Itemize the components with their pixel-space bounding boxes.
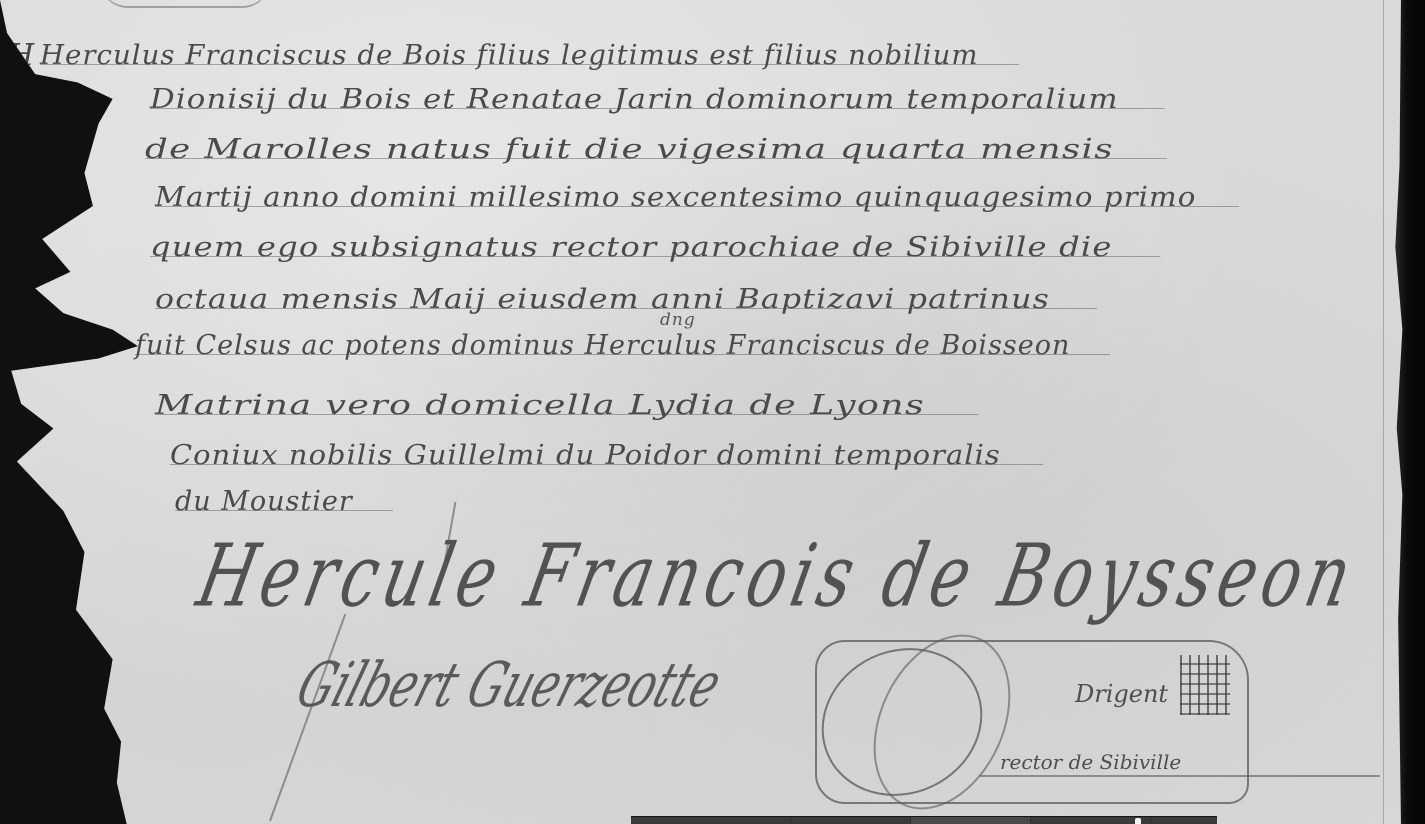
toolbar-segment[interactable] (1151, 817, 1217, 824)
signature-rector-name: Drigent (1075, 680, 1168, 708)
margin-mark: H (8, 38, 35, 73)
text-line-4: Martij anno domini millesimo sexcentesim… (155, 182, 1196, 213)
image-viewer: H Herculus Franciscus de Bois filius leg… (0, 0, 1425, 824)
stamp-arc (100, 0, 270, 8)
text-line-2: Dionisij du Bois et Renatae Jarin domino… (150, 84, 1119, 115)
text-line-9: Coniux nobilis Guillelmi du Poidor domin… (170, 440, 1001, 471)
toolbar-segment[interactable] (631, 817, 791, 824)
superscript-note: dng (660, 310, 696, 330)
manuscript-page: H Herculus Franciscus de Bois filius leg… (0, 0, 1408, 824)
text-line-1: Herculus Franciscus de Bois filius legit… (40, 40, 979, 71)
toolbar-segment[interactable] (791, 817, 911, 824)
text-line-7: fuit Celsus ac potens dominus Herculus F… (135, 330, 1070, 361)
toolbar-segment[interactable] (911, 817, 1031, 824)
signature-gilbert: Gilbert Guerzeotte (288, 650, 729, 721)
text-line-3: de Marolles natus fuit die vigesima quar… (145, 134, 1114, 165)
viewer-toolbar[interactable] (631, 816, 1217, 824)
signature-underline (980, 775, 1380, 777)
toolbar-segment[interactable] (1031, 817, 1151, 824)
signature-hatch-mark (1180, 655, 1230, 715)
text-line-5: quem ego subsignatus rector parochiae de… (150, 232, 1113, 263)
text-line-6: octaua mensis Maij eiusdem anni Baptizav… (155, 284, 1050, 315)
signature-rector-title: rector de Sibiville (1000, 750, 1181, 774)
signature-boysseon: Hercule Francois de Boysseon (189, 527, 1365, 627)
text-line-10: du Moustier (175, 486, 353, 517)
text-line-8: Matrina vero domicella Lydia de Lyons (155, 390, 925, 421)
page-edge-line (1383, 0, 1384, 824)
toolbar-icon[interactable] (1135, 818, 1141, 824)
